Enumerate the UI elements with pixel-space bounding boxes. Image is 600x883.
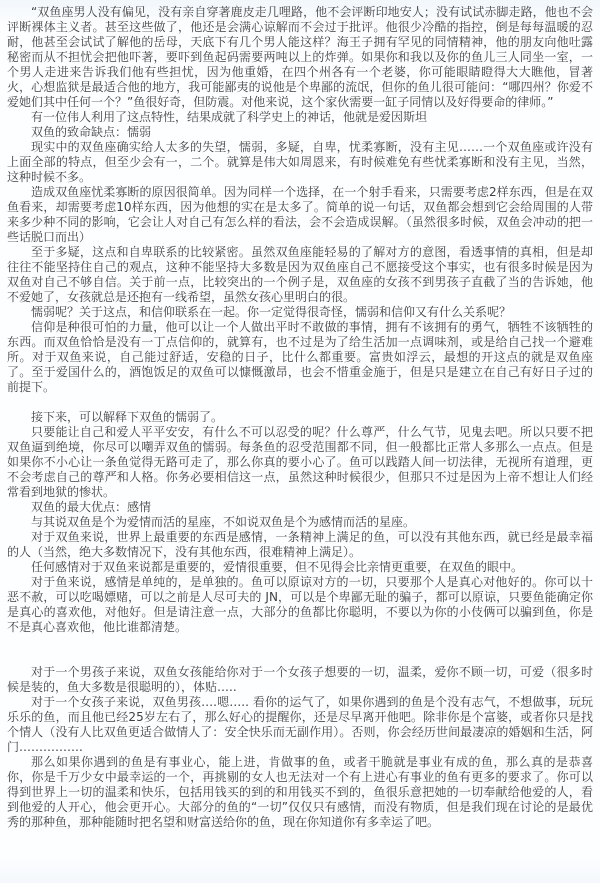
paragraph: 现实中的双鱼座确实给人太多的失望，懦弱，多疑，自卑，忧柔寡断，没有主见……一个双… <box>7 140 593 185</box>
section-heading: 双鱼的最大优点：感情 <box>7 500 593 515</box>
section-heading: 双鱼的致命缺点：懦弱 <box>7 125 593 140</box>
paragraph: 有一位伟人利用了这点特性，结果成就了科学史上的神话，他就是爱因斯坦 <box>7 110 593 125</box>
paragraph: 对于鱼来说，感情是单纯的，是单独的。鱼可以原谅对方的一切，只要那个人是真心对他好… <box>7 575 593 635</box>
paragraph: 造成双鱼座忧柔寡断的原因很简单。因为同样一个选择，在一个射手看来，只需要考虑2样… <box>7 185 593 245</box>
paragraph: 任何感情对于双鱼来说都是重要的，爱情很重要，但不见得会比亲情更重要，在双鱼的眼中… <box>7 560 593 575</box>
paragraph: 只要能让自己和爱人平平安安，有什么不可以忍受的呢？什么尊严，什么气节，见鬼去吧。… <box>7 425 593 500</box>
paragraph: 对于一个男孩子来说，双鱼女孩能给你对于一个女孩子想要的一切，温柔，爱你不顾一切，… <box>7 665 593 695</box>
paragraph: 信仰是种很可怕的力量，他可以让一个人做出平时不敢做的事情，拥有不该拥有的勇气，牺… <box>7 320 593 395</box>
paragraph: 那么如果你遇到的鱼是有事业心，能上进，肯做事的鱼，或者干脆就是事业有成的鱼，那么… <box>7 755 593 830</box>
article-body: “双鱼座男人没有偏见，没有亲自穿著鹿皮走几哩路，他不会评断印地安人；没有试试赤脚… <box>0 0 600 850</box>
paragraph: “双鱼座男人没有偏见，没有亲自穿著鹿皮走几哩路，他不会评断印地安人；没有试试赤脚… <box>7 5 593 110</box>
document-page: “双鱼座男人没有偏见，没有亲自穿著鹿皮走几哩路，他不会评断印地安人；没有试试赤脚… <box>0 0 600 883</box>
paragraph: 懦弱呢？关于这点，和信仰联系在一起。你一定觉得很奇怪，懦弱和信仰又有什么关系呢？ <box>7 305 593 320</box>
paragraph: 对于双鱼来说，世界上最重要的东西是感情，一条精神上满足的鱼，可以没有其他东西，就… <box>7 530 593 560</box>
paragraph: 与其说双鱼是个为爱情而活的星座，不如说双鱼是个为感情而活的星座。 <box>7 515 593 530</box>
paragraph: 接下来，可以解释下双鱼的懦弱了。 <box>7 410 593 425</box>
paragraph: 至于多疑，这点和自卑联系的比较紧密。虽然双鱼座能轻易的了解对方的意图，看透事情的… <box>7 245 593 305</box>
paragraph: 对于一个女孩子来说，双鱼男孩….嗯….. 看你的运气了，如果你遇到的鱼是个没有志… <box>7 695 593 755</box>
